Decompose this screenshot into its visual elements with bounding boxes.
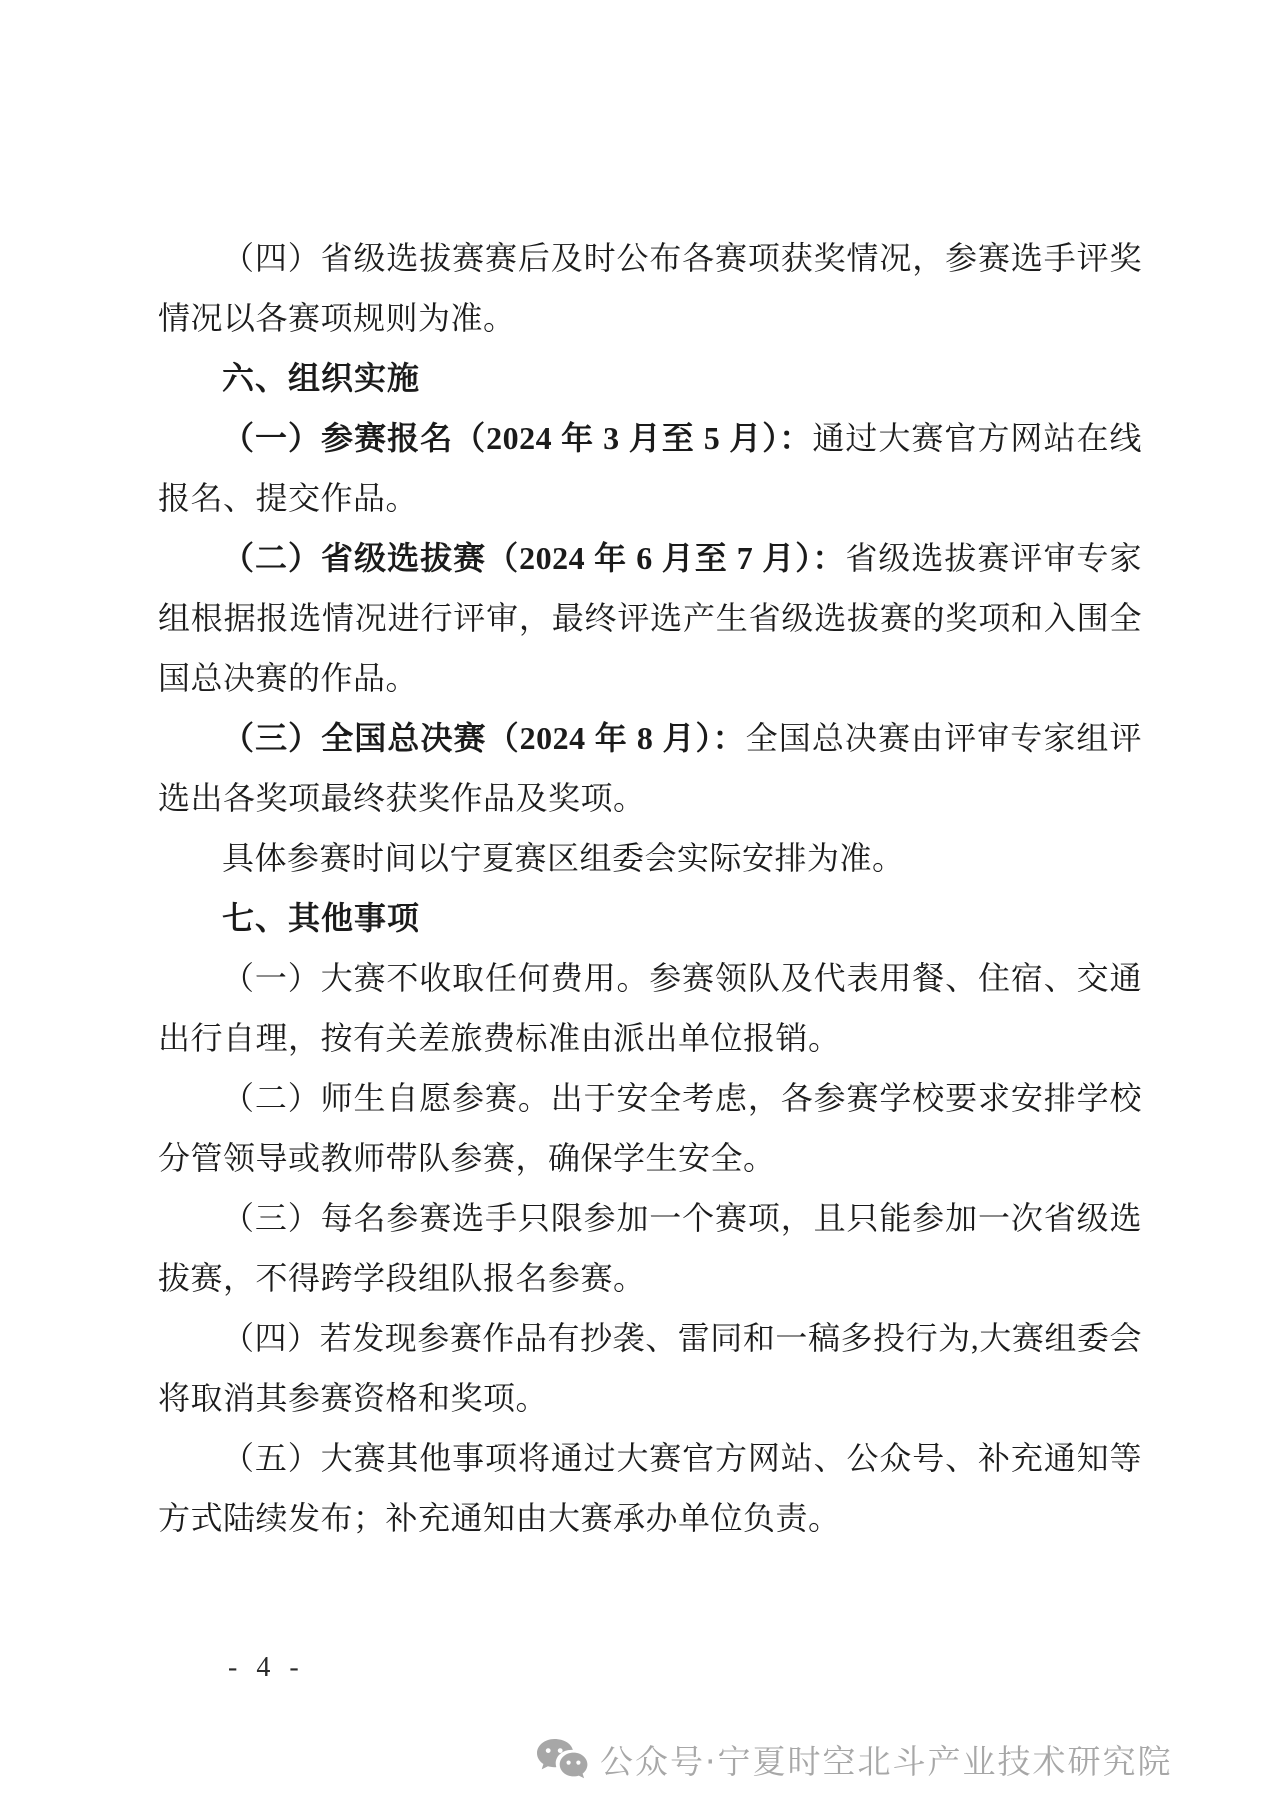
wechat-icon [536, 1738, 588, 1782]
text-run: （一）参赛报名（2024 年 3 月至 5 月）： [222, 420, 812, 456]
watermark: 公众号·宁夏时空北斗产业技术研究院 [536, 1736, 1173, 1783]
text-run: （一）大赛不收取任何费用。参赛领队及代表用餐、住宿、交通出行自理，按有关差旅费标… [158, 960, 1142, 1056]
text-run: 具体参赛时间以宁夏赛区组委会实际安排为准。 [222, 840, 905, 876]
text-run: 六、组织实施 [222, 359, 420, 397]
watermark-text: 公众号·宁夏时空北斗产业技术研究院 [600, 1736, 1173, 1783]
text-run: （二）师生自愿参赛。出于安全考虑，各参赛学校要求安排学校分管领导或教师带队参赛，… [158, 1080, 1142, 1176]
paragraph: （一）参赛报名（2024 年 3 月至 5 月）：通过大赛官方网站在线报名、提交… [158, 408, 1142, 528]
document-body: （四）省级选拔赛赛后及时公布各赛项获奖情况，参赛选手评奖情况以各赛项规则为准。六… [158, 228, 1142, 1548]
section-heading: 七、其他事项 [158, 888, 1142, 948]
text-run: （四）若发现参赛作品有抄袭、雷同和一稿多投行为,大赛组委会将取消其参赛资格和奖项… [158, 1320, 1142, 1416]
text-run: （五）大赛其他事项将通过大赛官方网站、公众号、补充通知等方式陆续发布；补充通知由… [158, 1440, 1142, 1536]
text-run: （三）每名参赛选手只限参加一个赛项，且只能参加一次省级选拔赛，不得跨学段组队报名… [158, 1200, 1142, 1296]
text-run: （三）全国总决赛（2024 年 8 月）： [222, 720, 746, 756]
paragraph: 具体参赛时间以宁夏赛区组委会实际安排为准。 [158, 828, 1142, 888]
paragraph: （三）每名参赛选手只限参加一个赛项，且只能参加一次省级选拔赛，不得跨学段组队报名… [158, 1188, 1142, 1308]
text-run: 七、其他事项 [222, 899, 420, 937]
paragraph: （二）省级选拔赛（2024 年 6 月至 7 月）：省级选拔赛评审专家组根据报选… [158, 528, 1142, 708]
text-run: （四）省级选拔赛赛后及时公布各赛项获奖情况，参赛选手评奖情况以各赛项规则为准。 [158, 240, 1142, 336]
text-run: （二）省级选拔赛（2024 年 6 月至 7 月）： [222, 540, 845, 576]
paragraph: （二）师生自愿参赛。出于安全考虑，各参赛学校要求安排学校分管领导或教师带队参赛，… [158, 1068, 1142, 1188]
paragraph: （四）省级选拔赛赛后及时公布各赛项获奖情况，参赛选手评奖情况以各赛项规则为准。 [158, 228, 1142, 348]
document-page: （四）省级选拔赛赛后及时公布各赛项获奖情况，参赛选手评奖情况以各赛项规则为准。六… [0, 0, 1280, 1809]
paragraph: （五）大赛其他事项将通过大赛官方网站、公众号、补充通知等方式陆续发布；补充通知由… [158, 1428, 1142, 1548]
paragraph: （三）全国总决赛（2024 年 8 月）：全国总决赛由评审专家组评选出各奖项最终… [158, 708, 1142, 828]
section-heading: 六、组织实施 [158, 348, 1142, 408]
paragraph: （四）若发现参赛作品有抄袭、雷同和一稿多投行为,大赛组委会将取消其参赛资格和奖项… [158, 1308, 1142, 1428]
page-number: - 4 - [228, 1652, 305, 1684]
paragraph: （一）大赛不收取任何费用。参赛领队及代表用餐、住宿、交通出行自理，按有关差旅费标… [158, 948, 1142, 1068]
